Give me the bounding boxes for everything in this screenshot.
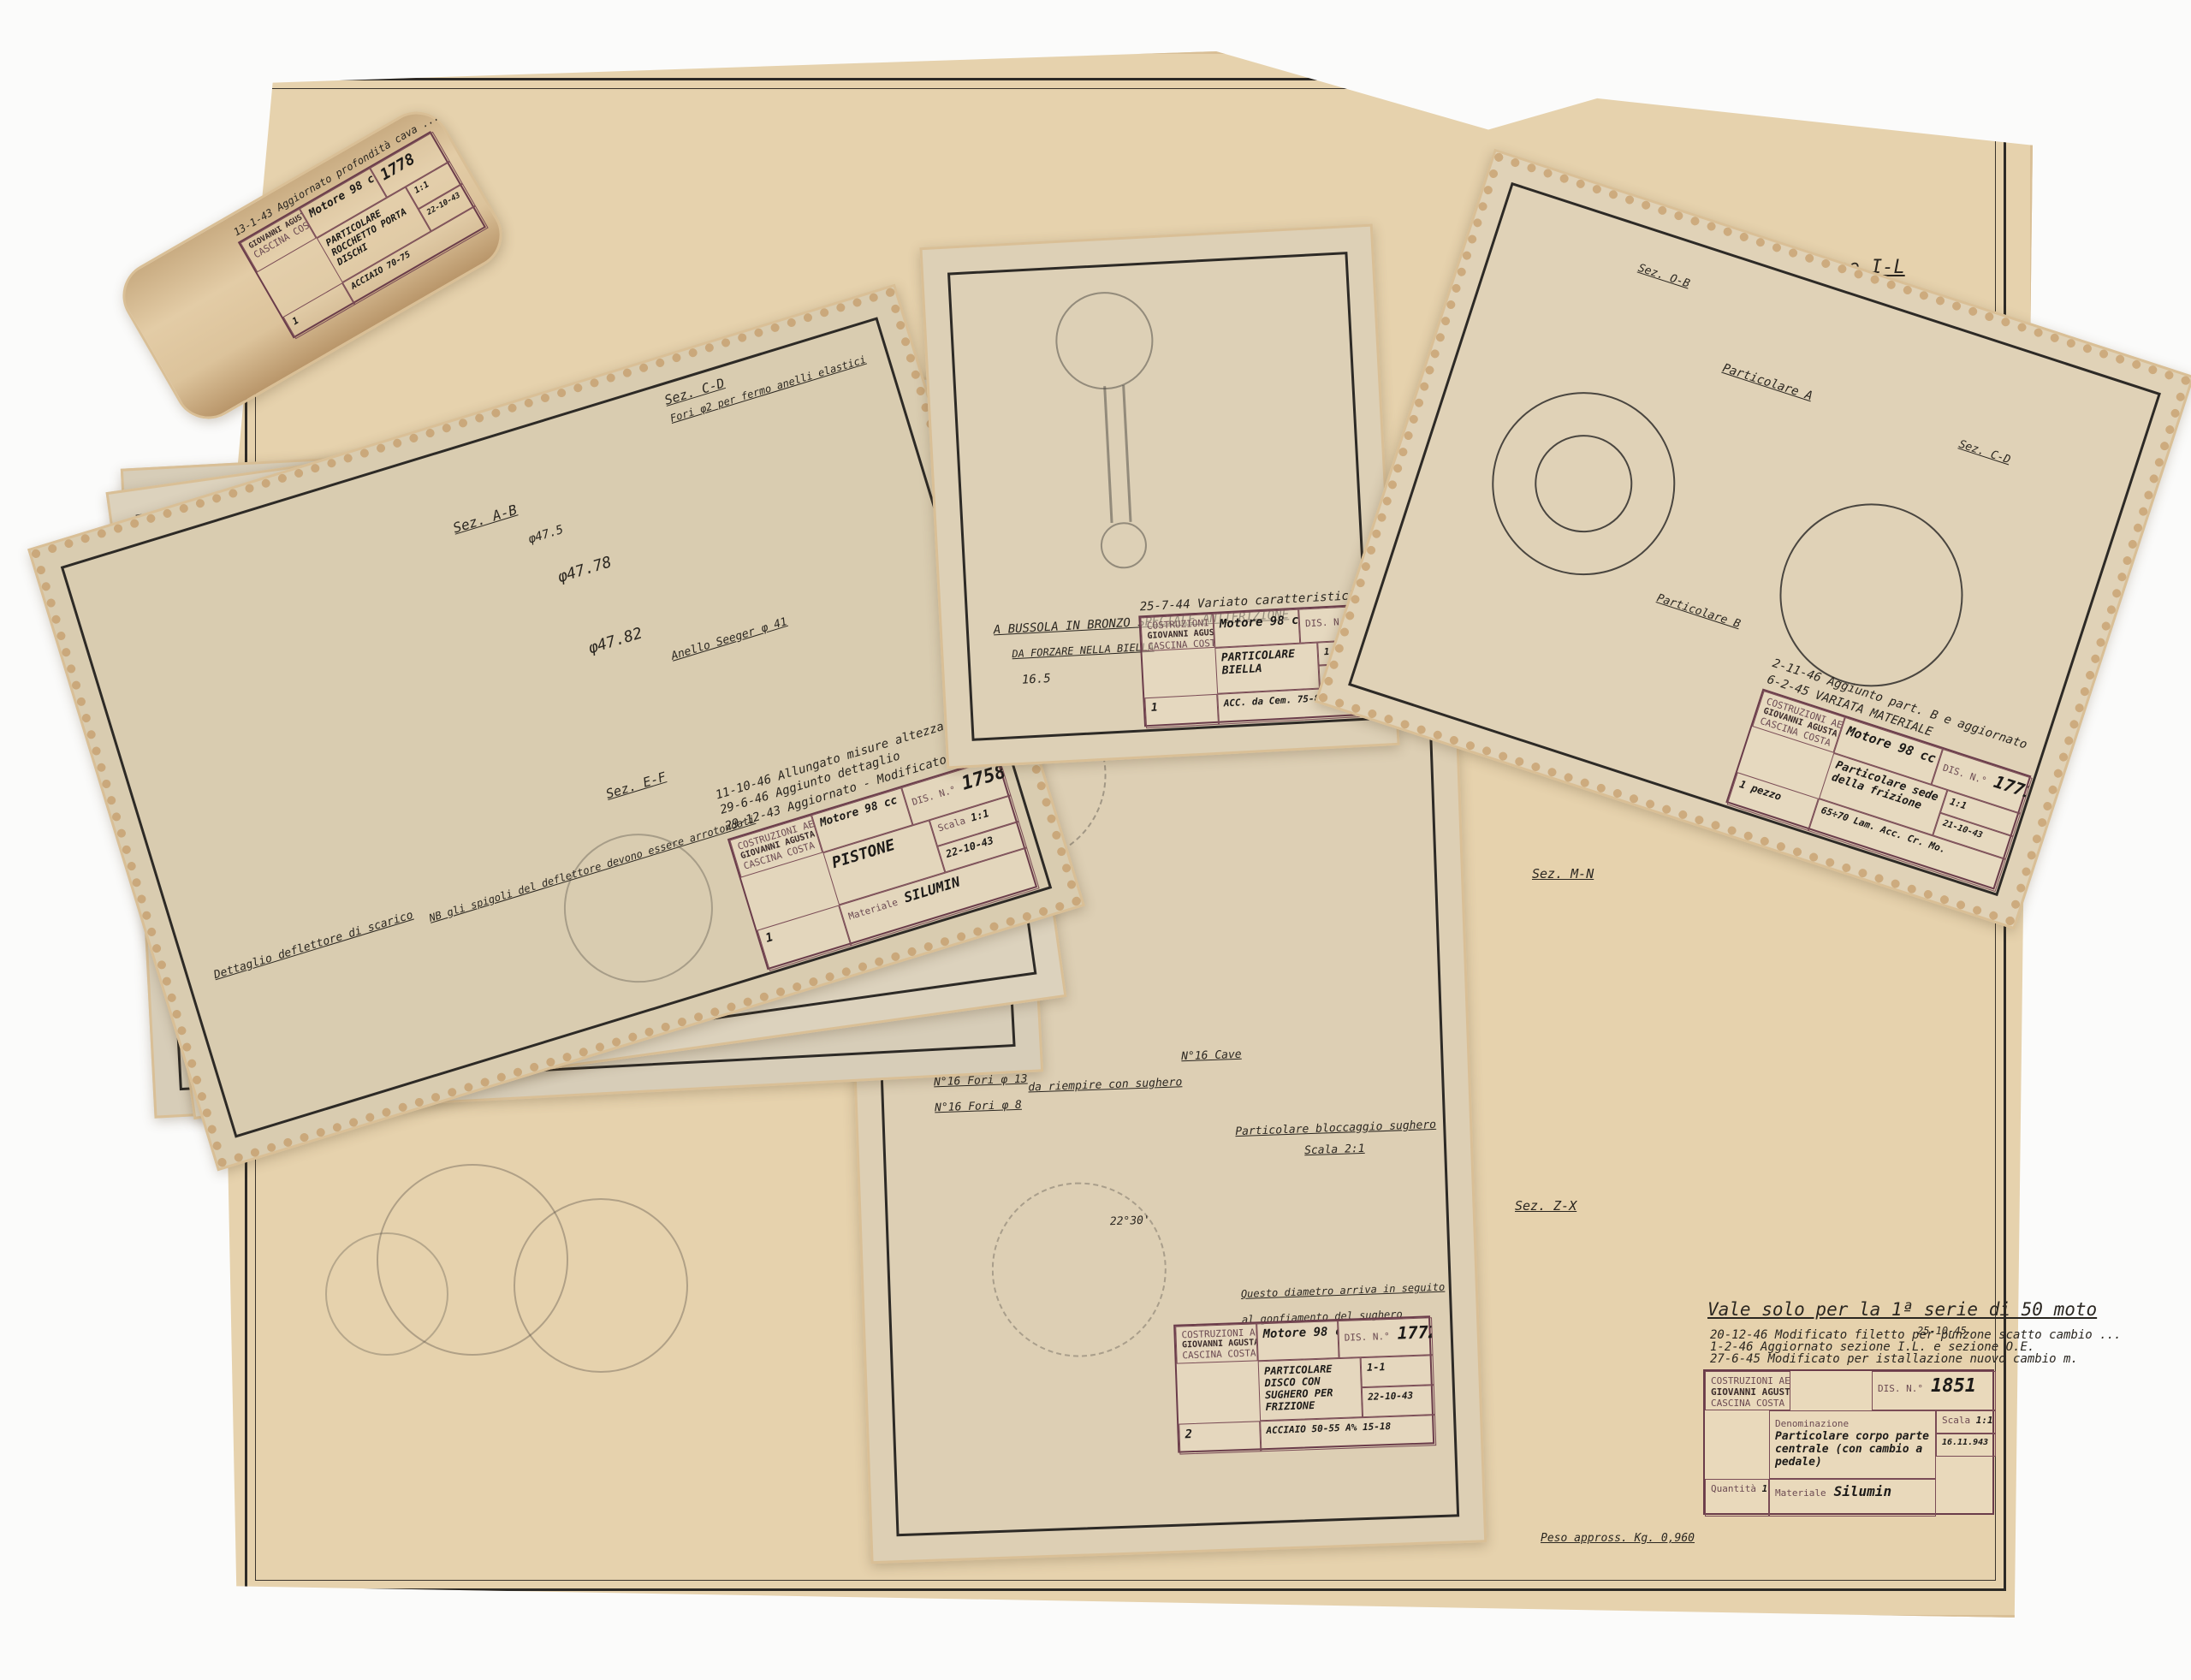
material-value: ACCIAIO [1266, 1423, 1306, 1436]
quantity-value: 2 [1185, 1428, 1192, 1441]
material-value: ACC. da Cem. [1223, 694, 1291, 709]
company-stamp: COSTRUZIONI AERONAUTICHE GIOVANNI AGUSTA… [1140, 614, 1214, 651]
material-label: Materiale [847, 897, 900, 923]
scale-value: 1:1 [1949, 796, 1968, 812]
quantity-cell: 1 [283, 282, 355, 339]
title-block-1851: 20-12-46 Modificato filetto per punzone … [1703, 1369, 1994, 1515]
scale-note: Scala 2:1 [1304, 1143, 1365, 1157]
company-location: CASCINA COSTA [1148, 638, 1209, 651]
denomination-label: Denominazione [1775, 1418, 1849, 1429]
scale-cell: 1-1 [1361, 1355, 1434, 1387]
company-line1: COSTRUZIONI AERONAUTICHE [1711, 1375, 1784, 1386]
quantity-cell: Quantità 1 [1705, 1479, 1769, 1517]
angle-label: 22°30' [1110, 1214, 1150, 1229]
material-cell: ACCIAIO 50-55 A% 15-18 [1260, 1415, 1436, 1451]
scale-value: 1:1 [413, 180, 430, 196]
scale-value: 1:1 [969, 807, 990, 824]
engine-value: Motore 98 cc [1213, 609, 1300, 648]
engine-outline-circle [514, 1198, 688, 1373]
drawing-number: 1851 [1931, 1375, 1976, 1397]
dis-n-label: DIS. N.° [911, 784, 957, 808]
section-label: Sez. Z-X [1515, 1198, 1576, 1214]
scale-label: Scala [1942, 1415, 1970, 1426]
quantity-cell: 2 [1179, 1421, 1261, 1454]
revision-text: Modificato per istallazione nuovo cambio… [1767, 1352, 2077, 1366]
dis-n-label: DIS. N.° [1345, 1331, 1390, 1344]
date-cell: 16.11.943 [1936, 1434, 1996, 1457]
denomination-value: PARTICOLARE BIELLA [1214, 643, 1320, 694]
date-cell: 22-10-43 [1362, 1385, 1435, 1417]
quantity-value: 1 [290, 315, 300, 328]
denomination-cell: Denominazione Particolare corpo parte ce… [1769, 1410, 1936, 1479]
quantity-value: 1 [1762, 1483, 1768, 1494]
material-cell: Materiale Silumin [1769, 1479, 1936, 1517]
dis-n-label: DIS. N.° [1941, 762, 1987, 787]
material-label: Materiale [1775, 1487, 1826, 1499]
company-name: GIOVANNI AGUSTA [1711, 1386, 1784, 1398]
dis-n-label: DIS. N.° [1878, 1383, 1923, 1394]
denomination-value: PARTICOLARE DISCO CON SUGHERO PER FRIZIO… [1258, 1357, 1363, 1421]
revision-date: 27-6-45 [1710, 1352, 1761, 1366]
dimension-label: 16.5 [1022, 672, 1052, 687]
quantity-value: 1 pezzo [1738, 778, 1783, 803]
engine-value: Motore 98 cc [1256, 1321, 1339, 1361]
material-spec: 65÷70 [1820, 804, 1850, 824]
date-value: 16.11.943 [1942, 1438, 1988, 1447]
weight-label: Peso appross. Kg. 0,960 [1541, 1532, 1695, 1545]
quantity-label: Quantità [1711, 1483, 1756, 1494]
denomination-value: Particolare corpo parte centrale (con ca… [1775, 1430, 1930, 1469]
scale-value: 1:1 [1976, 1415, 1993, 1426]
drawing-number: 1772 [1397, 1321, 1433, 1344]
quantity-value: 1 [764, 930, 775, 946]
scale-cell: Scala 1:1 [1936, 1410, 1996, 1434]
material-value: Silumin [1834, 1483, 1891, 1499]
company-stamp: COSTRUZIONI AERONAUTICHE GIOVANNI AGUSTA… [1175, 1323, 1257, 1363]
company-location: CASCINA COSTA [1711, 1398, 1784, 1409]
date-value: 22-10-43 [1368, 1390, 1413, 1403]
drawing-number: 1778 [377, 150, 419, 184]
drawing-number-cell: DIS. N.° 1772 [1338, 1317, 1433, 1358]
revision-date: 25-7-44 [1139, 597, 1191, 614]
scale-label: Scala [936, 815, 966, 834]
material-spec: 50-55 A% 15-18 [1311, 1421, 1391, 1434]
quantity-cell: 1 [1144, 694, 1219, 728]
section-label: Sez. M-N [1532, 866, 1594, 882]
revision-entry: 27-6-45 Modificato per istallazione nuov… [1710, 1352, 2078, 1366]
company-location: CASCINA COSTA [1182, 1349, 1251, 1362]
series-note: Vale solo per la 1ª serie di 50 moto [1707, 1299, 2097, 1320]
drawing-number-cell: DIS. N.° 1851 [1872, 1371, 1996, 1410]
engine-outline-circle [325, 1232, 448, 1356]
slots-label: N°16 Cave [1181, 1048, 1242, 1063]
quantity-value: 1 [1151, 701, 1159, 714]
company-stamp: COSTRUZIONI AERONAUTICHE GIOVANNI AGUSTA… [1705, 1371, 1790, 1410]
scale-value: 1-1 [1367, 1361, 1386, 1374]
title-block-1772: COSTRUZIONI AERONAUTICHE GIOVANNI AGUSTA… [1173, 1315, 1434, 1452]
